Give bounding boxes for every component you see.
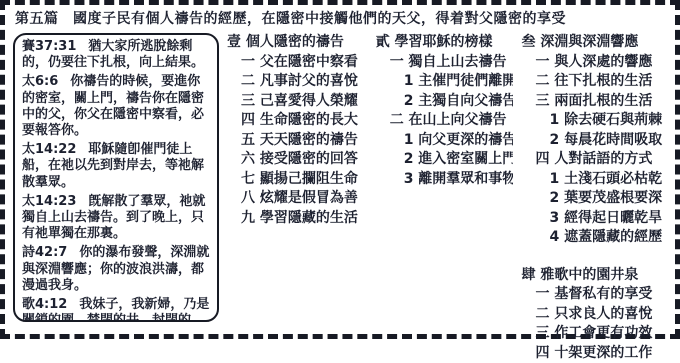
verse-row: 太6:6你禱告的時候，要進你的密室，關上門，禱告你在隱密中的父，你父在隱密中察看… bbox=[22, 74, 210, 139]
outline-item: 1 除去硬石與荊棘 bbox=[521, 111, 667, 131]
outline-item: 二 在山上向父禱告 bbox=[376, 111, 514, 131]
page-title: 第五篇 國度子民有個人禱告的經歷，在隱密中接觸他們的天父，得着對父隱密的享受 bbox=[15, 10, 667, 28]
verse-ref: 太14:22 bbox=[22, 142, 76, 157]
verse-row: 太14:22耶穌隨卽催門徒上船，在祂以先到對岸去，等祂解散羣眾。 bbox=[22, 142, 210, 191]
outline-section-header: 肆 雅歌中的園井泉 bbox=[521, 266, 667, 286]
outline-page: 第五篇 國度子民有個人禱告的經歷，在隱密中接觸他們的天父，得着對父隱密的享受 賽… bbox=[0, 0, 680, 339]
outline-item: 一 與人深處的響應 bbox=[521, 53, 667, 73]
outline-item: 2 每晨花時間吸取 bbox=[521, 131, 667, 151]
outline-item: 五 天天隱密的禱告 bbox=[227, 131, 368, 151]
outline-item: 1 向父更深的禱告 bbox=[376, 131, 514, 151]
verse-row: 詩42:7你的瀑布發聲，深淵就與深淵響應；你的波浪洪濤，都漫過我身。 bbox=[22, 245, 210, 294]
outline-item: 七 顯揚己攔阻生命 bbox=[227, 170, 368, 190]
outline-item: 2 主獨自向父禱告 bbox=[376, 92, 514, 112]
verse-ref: 賽37:31 bbox=[22, 39, 76, 54]
outline-section-header: 叁 深淵與深淵響應 bbox=[521, 33, 667, 53]
outline-item: 一 基督私有的享受 bbox=[521, 285, 667, 305]
verse-row: 賽37:31猶大家所逃脫餘剩的，仍要往下扎根，向上結果。 bbox=[22, 39, 210, 71]
outline-item: 4 遮蓋隱藏的經歷 bbox=[521, 228, 667, 248]
outline-item: 1 土淺石頭必枯乾 bbox=[521, 170, 667, 190]
outline-column-3: 叁 深淵與深淵響應 一 與人深處的響應 二 往下扎根的生活 三 兩面扎根的生活 … bbox=[521, 33, 667, 339]
outline-section-1: 壹 個人隱密的禱告 一 父在隱密中察看 二 凡事討父的喜悅 三 己喜愛得人榮耀 … bbox=[227, 33, 368, 228]
outline-item: 四 人對話語的方式 bbox=[521, 150, 667, 170]
scripture-box: 賽37:31猶大家所逃脫餘剩的，仍要往下扎根，向上結果。 太6:6你禱告的時候，… bbox=[13, 33, 219, 322]
outline-item: 二 凡事討父的喜悅 bbox=[227, 72, 368, 92]
outline-item: 三 兩面扎根的生活 bbox=[521, 92, 667, 112]
outline-section-header: 貳 學習耶穌的榜樣 bbox=[376, 33, 514, 53]
outline-item: 2 葉要茂盛根要深 bbox=[521, 189, 667, 209]
verse-ref: 太6:6 bbox=[22, 74, 58, 89]
outline-section-4: 肆 雅歌中的園井泉 一 基督私有的享受 二 只求良人的喜悅 三 作工會更有功效 … bbox=[521, 266, 667, 340]
verse-row: 太14:23旣解散了羣眾，祂就獨自上山去禱告。到了晚上，只有祂單獨在那裏。 bbox=[22, 194, 210, 243]
content-area: 賽37:31猶大家所逃脫餘剩的，仍要往下扎根，向上結果。 太6:6你禱告的時候，… bbox=[13, 33, 667, 339]
outline-item: 二 只求良人的喜悅 bbox=[521, 305, 667, 325]
outline-item: 九 學習隱藏的生活 bbox=[227, 209, 368, 229]
outline-column-1: 壹 個人隱密的禱告 一 父在隱密中察看 二 凡事討父的喜悅 三 己喜愛得人榮耀 … bbox=[227, 33, 368, 228]
outline-item: 3 經得起日曬乾旱 bbox=[521, 209, 667, 229]
verse-row: 歌4:12我妹子，我新婦，乃是關鎖的園，禁閉的井，封閉的泉。 bbox=[22, 297, 210, 322]
verse-ref: 歌4:12 bbox=[22, 297, 67, 312]
outline-item: 3 離開羣眾和事物 bbox=[376, 170, 514, 190]
outline-item: 六 接受隱密的回答 bbox=[227, 150, 368, 170]
outline-item: 三 作工會更有功效 bbox=[521, 324, 667, 339]
outline-item: 三 己喜愛得人榮耀 bbox=[227, 92, 368, 112]
outline-section-3: 叁 深淵與深淵響應 一 與人深處的響應 二 往下扎根的生活 三 兩面扎根的生活 … bbox=[521, 33, 667, 248]
outline-column-2: 貳 學習耶穌的榜樣 一 獨自上山去禱告 1 主催門徒們離開 2 主獨自向父禱告 … bbox=[376, 33, 514, 189]
outline-section-2: 貳 學習耶穌的榜樣 一 獨自上山去禱告 1 主催門徒們離開 2 主獨自向父禱告 … bbox=[376, 33, 514, 189]
outline-item: 2 進入密室關上門 bbox=[376, 150, 514, 170]
outline-item: 八 炫耀是假冒為善 bbox=[227, 189, 368, 209]
outline-item: 二 往下扎根的生活 bbox=[521, 72, 667, 92]
outline-item: 1 主催門徒們離開 bbox=[376, 72, 514, 92]
outline-item: 一 父在隱密中察看 bbox=[227, 53, 368, 73]
verse-ref: 太14:23 bbox=[22, 194, 76, 209]
outline-item: 一 獨自上山去禱告 bbox=[376, 53, 514, 73]
outline-item: 四 生命隱密的長大 bbox=[227, 111, 368, 131]
outline-section-header: 壹 個人隱密的禱告 bbox=[227, 33, 368, 53]
verse-ref: 詩42:7 bbox=[22, 245, 67, 260]
